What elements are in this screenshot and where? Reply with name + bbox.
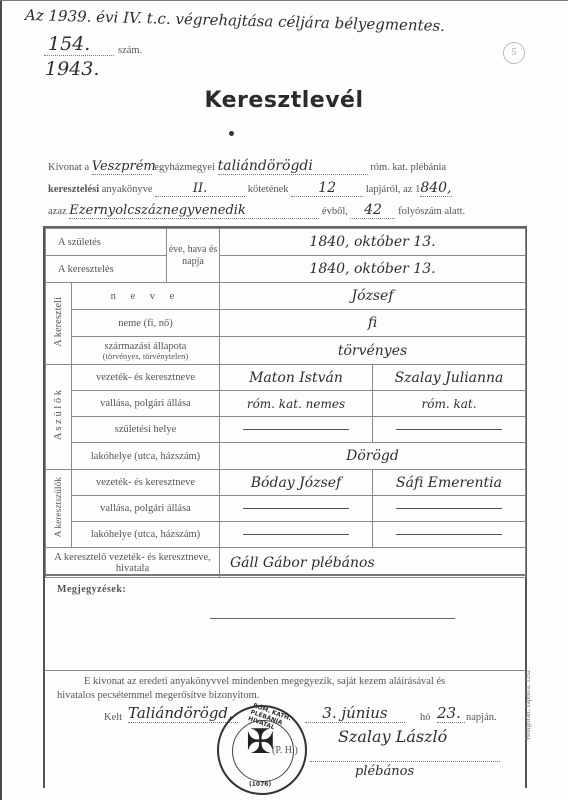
kelt-label: Kelt [104,712,122,723]
godmother-religion-value [373,496,526,522]
entry-number-suffix: folyószám alatt. [398,206,465,217]
volume-suffix: kötetének [248,184,289,195]
mother-name-value: Szalay Julianna [373,365,526,391]
intro-prefix: Kivonat a [48,162,89,173]
parent-birthplace-label: születési helye [72,417,220,443]
number-label: szám. [118,45,142,56]
table-row: vallása, polgári állása [46,496,526,522]
parents-group-cell: A s z ü l ő k [46,365,72,470]
register-label: anyakönyve [102,184,153,195]
title-bullet [229,131,234,136]
day-field: 23. [437,704,465,723]
diocese-field: Veszprém [92,159,152,175]
empty-dash [243,508,349,509]
scan-edge-top [0,0,568,1]
certification-line-2: hivatalos pecsétemmel megerősítve bizony… [57,690,259,701]
child-sex-label: neme (fi, nő) [72,310,220,337]
table-row: A keresztelés 1840, október 13. [46,256,526,283]
parent-residence-label: lakóhelye (utca, házszám) [72,443,220,470]
parish-field: taliándörögdi [218,158,368,175]
parents-group-label: A s z ü l ő k [53,390,64,440]
page-number-mark: 5 [503,42,525,64]
year-words-suffix: évből, [322,206,348,217]
signature-line [310,761,500,762]
seal-bottom-text: (1076) [249,781,271,788]
table-row: születési helye [46,417,526,443]
document-number: 154. [48,33,90,55]
parent-residence-value: Dörögd [220,443,526,470]
child-group-label: A kereszteli [53,297,64,347]
page-field: 12 [291,180,363,197]
signature-title: plébános [355,764,414,779]
signature: Szalay László [338,727,447,746]
table-row: származási állapota(törvényes, törvényte… [46,337,526,365]
table-row: A kereszteli n e v e József [46,283,526,310]
register-type: keresztelési [48,184,99,195]
table-row: neme (fi, nő) fi [46,310,526,337]
empty-dash [396,534,502,535]
godparent-religion-label: vallása, polgári állása [72,496,220,522]
child-name-label: n e v e [72,283,220,310]
ph-mark: (P. H.) [272,745,298,756]
child-name-value: József [220,283,526,310]
page-suffix: lapjáról, az 1 [366,184,421,195]
godparents-group-cell: A keresztszülők [46,470,72,548]
parent-religion-label: vallása, polgári állása [72,391,220,417]
empty-dash [243,534,349,535]
godparents-group-label: A keresztszülők [54,477,64,537]
intro-line-3: azaz Ezernyolcszáznegyvenedik évből, 42 … [48,202,528,219]
officiant-value: Gáll Gábor plébános [220,548,526,578]
date-label: éve, hava és napja [167,229,220,283]
parish-suffix: róm. kat. plébánia [370,162,446,173]
birth-label: A születés [46,229,167,256]
notes-label: Megjegyzések: [57,584,126,595]
child-status-value: törvényes [220,337,526,365]
birth-date-value: 1840, október 13. [220,229,526,256]
table-row: vallása, polgári állása róm. kat. nemes … [46,391,526,417]
status-label-sub: (törvényes, törvénytelen) [72,352,219,361]
table-row: A születés éve, hava és napja 1840, októ… [46,229,526,256]
intro-line-2: keresztelési anyakönyve II. kötetének 12… [48,180,528,197]
godfather-religion-value [220,496,373,522]
godparent-residence-label: lakóhelye (utca, házszám) [72,522,220,548]
table-row: lakóhelye (utca, házszám) [46,522,526,548]
godmother-name-value: Sáfi Emerentia [373,470,526,496]
empty-dash [396,429,502,430]
notes-section: Megjegyzések: [45,574,525,671]
year-words-field: Ezernyolcszáznegyvenedik [69,203,319,219]
table-row: A keresztszülők vezeték- és keresztneve … [46,470,526,496]
entry-number-field: 42 [350,202,395,219]
father-birthplace-value [220,417,373,443]
record-grid: A születés éve, hava és napja 1840, októ… [45,228,525,578]
baptism-label: A keresztelés [46,256,167,283]
number-underline [44,55,114,56]
table-row: A s z ü l ő k vezeték- és keresztneve Ma… [46,365,526,391]
printer-mark: Hollgorán, Tapolca. 12sz. [524,668,532,740]
mother-birthplace-value [373,417,526,443]
month-field: 3. június [305,704,405,723]
empty-dash [243,429,349,430]
officiant-label: A keresztelő vezeték- és keresztneve, hi… [46,548,220,578]
year-words-prefix: azaz [48,206,67,217]
document-year: 1943. [45,58,99,80]
page-title: Keresztlevél [0,88,568,113]
ho-label: hó [420,712,431,723]
place-field: Taliándörögd, [128,704,238,723]
empty-dash [396,508,502,509]
godfather-name-value: Bóday József [220,470,373,496]
child-group-cell: A kereszteli [46,283,72,365]
godmother-residence-value [373,522,526,548]
napjan-label: napján. [466,712,497,723]
parent-name-label: vezeték- és keresztneve [72,365,220,391]
table-row: lakóhelye (utca, házszám) Dörögd [46,443,526,470]
child-status-label: származási állapota(törvényes, törvényte… [72,337,220,365]
year-field: 840, [420,180,451,197]
volume-field: II. [155,181,245,197]
record-table: A születés éve, hava és napja 1840, októ… [45,228,526,578]
father-name-value: Maton István [220,365,373,391]
stamp-duty-note: Az 1939. évi IV. t.c. végrehajtása céljá… [25,6,445,35]
godfather-residence-value [220,522,373,548]
scan-edge [0,0,2,800]
certification-line-1: E kivonat az eredeti anyakönyvvel minden… [84,676,445,687]
diocese-suffix: egyházmegyei [154,162,215,173]
mother-religion-value: róm. kat. [373,391,526,417]
notes-empty-line [210,618,455,619]
intro-line-1: Kivonat a Veszprém egyházmegyei taliándö… [48,158,528,175]
father-religion-value: róm. kat. nemes [220,391,373,417]
child-sex-value: fi [220,310,526,337]
godparent-name-label: vezeték- és keresztneve [72,470,220,496]
baptism-date-value: 1840, október 13. [220,256,526,283]
table-row: A keresztelő vezeték- és keresztneve, hi… [46,548,526,578]
status-label-text: származási állapota [105,341,187,352]
